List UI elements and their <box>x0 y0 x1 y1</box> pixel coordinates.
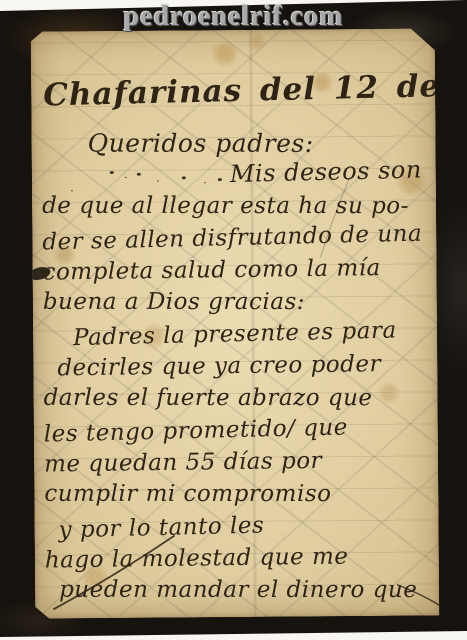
watermark-text: pedroenelrif.com <box>124 1 344 33</box>
salutation-line: Queridos padres: <box>88 128 430 159</box>
handwritten-line: hago la molestad que me <box>45 539 433 576</box>
handwritten-line: Mis deseos son <box>42 155 423 195</box>
handwritten-line: pueden mandar el dinero que <box>59 574 433 606</box>
handwritten-line: buena a Dios gracias: <box>43 286 431 318</box>
handwritten-line: darles el fuerte abrazo que <box>44 382 432 414</box>
handwritten-line: decirles que ya creo poder <box>57 347 431 384</box>
handwritten-line: de que al llegar esta ha su po- <box>42 190 430 222</box>
handwritten-line: cumplir mi compromiso <box>44 478 432 510</box>
handwritten-line: completa salud como la mía <box>42 251 430 288</box>
letter-paper: Chafarinas del 12 de 1921 Queridos padre… <box>31 28 440 618</box>
dateline-line: Chafarinas del 12 de 1921 <box>43 61 430 120</box>
handwriting-layer: Chafarinas del 12 de 1921 Queridos padre… <box>31 28 440 618</box>
handwritten-line: me quedan 55 días por <box>44 443 432 480</box>
